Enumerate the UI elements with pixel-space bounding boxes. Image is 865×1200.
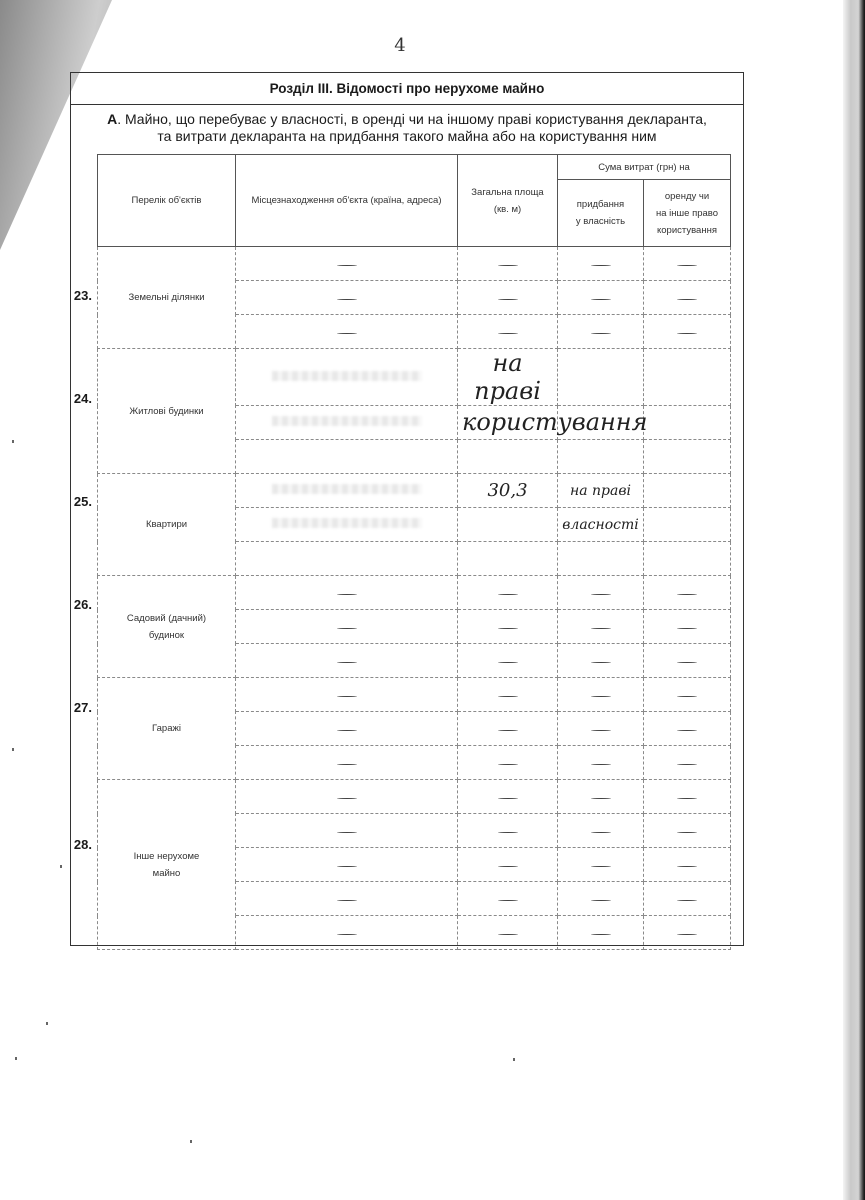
- header-area-unit: (кв. м): [458, 201, 557, 218]
- empty-dash-mark: [591, 934, 611, 935]
- empty-dash-mark: [591, 798, 611, 799]
- category-label: Житлові будинки: [129, 406, 203, 417]
- empty-dash-mark: [677, 798, 697, 799]
- rent-cost-cell: [644, 508, 731, 542]
- area-value: 30,3: [487, 480, 527, 501]
- category-cell: Садовий (дачний)будинок: [98, 576, 236, 678]
- header-area: Загальна площа (кв. м): [458, 155, 558, 247]
- area-cell: користування: [458, 406, 558, 440]
- purchase-cost-cell: [558, 349, 644, 406]
- empty-dash-mark: [677, 299, 697, 300]
- row-number: 24.: [72, 391, 92, 406]
- rent-cost-cell: [644, 610, 731, 644]
- empty-dash-mark: [498, 832, 518, 833]
- rent-cost-cell: [644, 712, 731, 746]
- empty-dash-mark: [337, 934, 357, 935]
- area-cell: [458, 610, 558, 644]
- area-cell: [458, 746, 558, 780]
- category-cell: Земельні ділянки: [98, 247, 236, 349]
- empty-dash-mark: [591, 900, 611, 901]
- table-row: Земельні ділянки: [98, 247, 731, 281]
- empty-dash-mark: [498, 730, 518, 731]
- rent-cost-cell: [644, 247, 731, 281]
- header-purchase-line-1: придбання: [558, 196, 643, 213]
- empty-dash-mark: [498, 900, 518, 901]
- empty-dash-mark: [677, 333, 697, 334]
- location-cell: [236, 780, 458, 814]
- location-cell: [236, 916, 458, 950]
- header-location: Місцезнаходження об'єкта (країна, адреса…: [236, 155, 458, 247]
- row-number: 27.: [72, 700, 92, 715]
- category-cell: Інше нерухомемайно: [98, 780, 236, 950]
- area-cell: [458, 315, 558, 349]
- empty-dash-mark: [677, 832, 697, 833]
- empty-dash-mark: [591, 265, 611, 266]
- area-cell: на праві: [458, 349, 558, 406]
- empty-dash-mark: [498, 662, 518, 663]
- empty-dash-mark: [591, 764, 611, 765]
- empty-dash-mark: [677, 730, 697, 731]
- rent-cost-cell: [644, 678, 731, 712]
- empty-dash-mark: [498, 934, 518, 935]
- location-cell: [236, 542, 458, 576]
- row-number: 26.: [72, 597, 92, 612]
- empty-dash-mark: [677, 900, 697, 901]
- category-cell: Гаражі: [98, 678, 236, 780]
- purchase-cost-cell: [558, 814, 644, 848]
- purchase-cost-cell: [558, 848, 644, 882]
- header-rent-line-3: користування: [644, 222, 730, 239]
- empty-dash-mark: [498, 299, 518, 300]
- area-cell: [458, 576, 558, 610]
- rent-cost-cell: [644, 349, 731, 406]
- handwritten-note: на праві: [570, 483, 631, 499]
- empty-dash-mark: [337, 696, 357, 697]
- empty-dash-mark: [337, 730, 357, 731]
- empty-dash-mark: [677, 934, 697, 935]
- location-cell: [236, 882, 458, 916]
- purchase-cost-cell: [558, 440, 644, 474]
- handwritten-note: на праві: [474, 349, 541, 405]
- purchase-cost-cell: [558, 542, 644, 576]
- location-cell: [236, 712, 458, 746]
- location-cell: [236, 814, 458, 848]
- empty-dash-mark: [337, 333, 357, 334]
- empty-dash-mark: [677, 594, 697, 595]
- empty-dash-mark: [337, 798, 357, 799]
- rent-cost-cell: [644, 644, 731, 678]
- rent-cost-cell: [644, 281, 731, 315]
- empty-dash-mark: [677, 662, 697, 663]
- location-cell: [236, 610, 458, 644]
- empty-dash-mark: [498, 628, 518, 629]
- rent-cost-cell: [644, 916, 731, 950]
- redacted-address: [272, 371, 422, 381]
- table-row: Гаражі: [98, 678, 731, 712]
- empty-dash-mark: [498, 594, 518, 595]
- empty-dash-mark: [498, 764, 518, 765]
- header-expenses: Сума витрат (грн) на: [558, 155, 731, 180]
- category-line-1: Садовий (дачний): [98, 610, 235, 627]
- empty-dash-mark: [337, 764, 357, 765]
- empty-dash-mark: [498, 696, 518, 697]
- rent-cost-cell: [644, 576, 731, 610]
- area-cell: [458, 281, 558, 315]
- empty-dash-mark: [677, 764, 697, 765]
- empty-dash-mark: [591, 594, 611, 595]
- location-cell: [236, 406, 458, 440]
- row-number: 23.: [72, 288, 92, 303]
- empty-dash-mark: [591, 832, 611, 833]
- table-row: Інше нерухомемайно: [98, 780, 731, 814]
- category-line-1: Інше нерухоме: [98, 848, 235, 865]
- header-area-label: Загальна площа: [458, 184, 557, 201]
- purchase-cost-cell: [558, 644, 644, 678]
- rent-cost-cell: [644, 780, 731, 814]
- area-cell: [458, 882, 558, 916]
- location-cell: [236, 848, 458, 882]
- empty-dash-mark: [498, 265, 518, 266]
- rent-cost-cell: [644, 315, 731, 349]
- empty-dash-mark: [498, 798, 518, 799]
- real-estate-table: Перелік об'єктів Місцезнаходження об'єкт…: [97, 154, 731, 950]
- area-cell: [458, 814, 558, 848]
- empty-dash-mark: [337, 662, 357, 663]
- redacted-address: [272, 518, 422, 528]
- subtitle-prefix: А: [107, 111, 117, 127]
- location-cell: [236, 576, 458, 610]
- purchase-cost-cell: на праві: [558, 474, 644, 508]
- empty-dash-mark: [337, 628, 357, 629]
- table-row: Садовий (дачний)будинок: [98, 576, 731, 610]
- empty-dash-mark: [591, 866, 611, 867]
- empty-dash-mark: [591, 333, 611, 334]
- header-purchase-line-2: у власність: [558, 213, 643, 230]
- purchase-cost-cell: [558, 882, 644, 916]
- row-number: 28.: [72, 837, 92, 852]
- category-label: Земельні ділянки: [128, 292, 204, 303]
- header-rent-line-1: оренду чи: [644, 188, 730, 205]
- area-cell: [458, 916, 558, 950]
- table-row: Житлові будинкина праві: [98, 349, 731, 406]
- location-cell: [236, 474, 458, 508]
- category-label: Гаражі: [152, 723, 181, 734]
- empty-dash-mark: [337, 866, 357, 867]
- area-cell: [458, 712, 558, 746]
- purchase-cost-cell: [558, 780, 644, 814]
- area-cell: [458, 542, 558, 576]
- empty-dash-mark: [337, 265, 357, 266]
- rent-cost-cell: [644, 440, 731, 474]
- scan-edge: [843, 0, 865, 1200]
- location-cell: [236, 508, 458, 542]
- purchase-cost-cell: [558, 610, 644, 644]
- rent-cost-cell: [644, 474, 731, 508]
- row-number: 25.: [72, 494, 92, 509]
- rent-cost-cell: [644, 814, 731, 848]
- rent-cost-cell: [644, 406, 731, 440]
- empty-dash-mark: [677, 866, 697, 867]
- location-cell: [236, 644, 458, 678]
- area-cell: [458, 440, 558, 474]
- area-cell: [458, 848, 558, 882]
- area-cell: 30,3: [458, 474, 558, 508]
- location-cell: [236, 678, 458, 712]
- location-cell: [236, 315, 458, 349]
- area-cell: [458, 247, 558, 281]
- rent-cost-cell: [644, 746, 731, 780]
- header-objects: Перелік об'єктів: [98, 155, 236, 247]
- area-cell: [458, 780, 558, 814]
- section-title: Розділ III. Відомості про нерухоме майно: [71, 73, 743, 105]
- category-label: Квартири: [146, 519, 187, 530]
- empty-dash-mark: [337, 832, 357, 833]
- purchase-cost-cell: [558, 406, 644, 440]
- location-cell: [236, 281, 458, 315]
- purchase-cost-cell: [558, 916, 644, 950]
- purchase-cost-cell: [558, 746, 644, 780]
- empty-dash-mark: [337, 900, 357, 901]
- purchase-cost-cell: [558, 712, 644, 746]
- rent-cost-cell: [644, 882, 731, 916]
- rent-cost-cell: [644, 542, 731, 576]
- handwritten-note: власності: [562, 517, 639, 533]
- empty-dash-mark: [498, 866, 518, 867]
- redacted-address: [272, 484, 422, 494]
- purchase-cost-cell: [558, 281, 644, 315]
- location-cell: [236, 349, 458, 406]
- empty-dash-mark: [677, 696, 697, 697]
- empty-dash-mark: [591, 662, 611, 663]
- purchase-cost-cell: [558, 315, 644, 349]
- purchase-cost-cell: [558, 678, 644, 712]
- section-subtitle: А. Майно, що перебуває у власності, в ор…: [71, 111, 743, 145]
- category-line-2: майно: [98, 865, 235, 882]
- subtitle-line-2: та витрати декларанта на придбання таког…: [71, 128, 743, 145]
- empty-dash-mark: [591, 696, 611, 697]
- purchase-cost-cell: власності: [558, 508, 644, 542]
- section-box: Розділ III. Відомості про нерухоме майно…: [70, 72, 744, 946]
- empty-dash-mark: [591, 628, 611, 629]
- location-cell: [236, 247, 458, 281]
- table-row: Квартири30,3на праві: [98, 474, 731, 508]
- category-cell: Квартири: [98, 474, 236, 576]
- subtitle-line-1: . Майно, що перебуває у власності, в оре…: [117, 111, 707, 127]
- empty-dash-mark: [337, 594, 357, 595]
- category-line-2: будинок: [98, 627, 235, 644]
- header-rent: оренду чи на інше право користування: [644, 180, 731, 247]
- empty-dash-mark: [677, 265, 697, 266]
- header-rent-line-2: на інше право: [644, 205, 730, 222]
- area-cell: [458, 508, 558, 542]
- rent-cost-cell: [644, 848, 731, 882]
- area-cell: [458, 678, 558, 712]
- redacted-address: [272, 416, 422, 426]
- empty-dash-mark: [591, 299, 611, 300]
- empty-dash-mark: [591, 730, 611, 731]
- location-cell: [236, 440, 458, 474]
- area-cell: [458, 644, 558, 678]
- purchase-cost-cell: [558, 247, 644, 281]
- empty-dash-mark: [498, 333, 518, 334]
- purchase-cost-cell: [558, 576, 644, 610]
- empty-dash-mark: [677, 628, 697, 629]
- location-cell: [236, 746, 458, 780]
- page-number: 4: [0, 35, 800, 56]
- empty-dash-mark: [337, 299, 357, 300]
- header-purchase: придбання у власність: [558, 180, 644, 247]
- category-cell: Житлові будинки: [98, 349, 236, 474]
